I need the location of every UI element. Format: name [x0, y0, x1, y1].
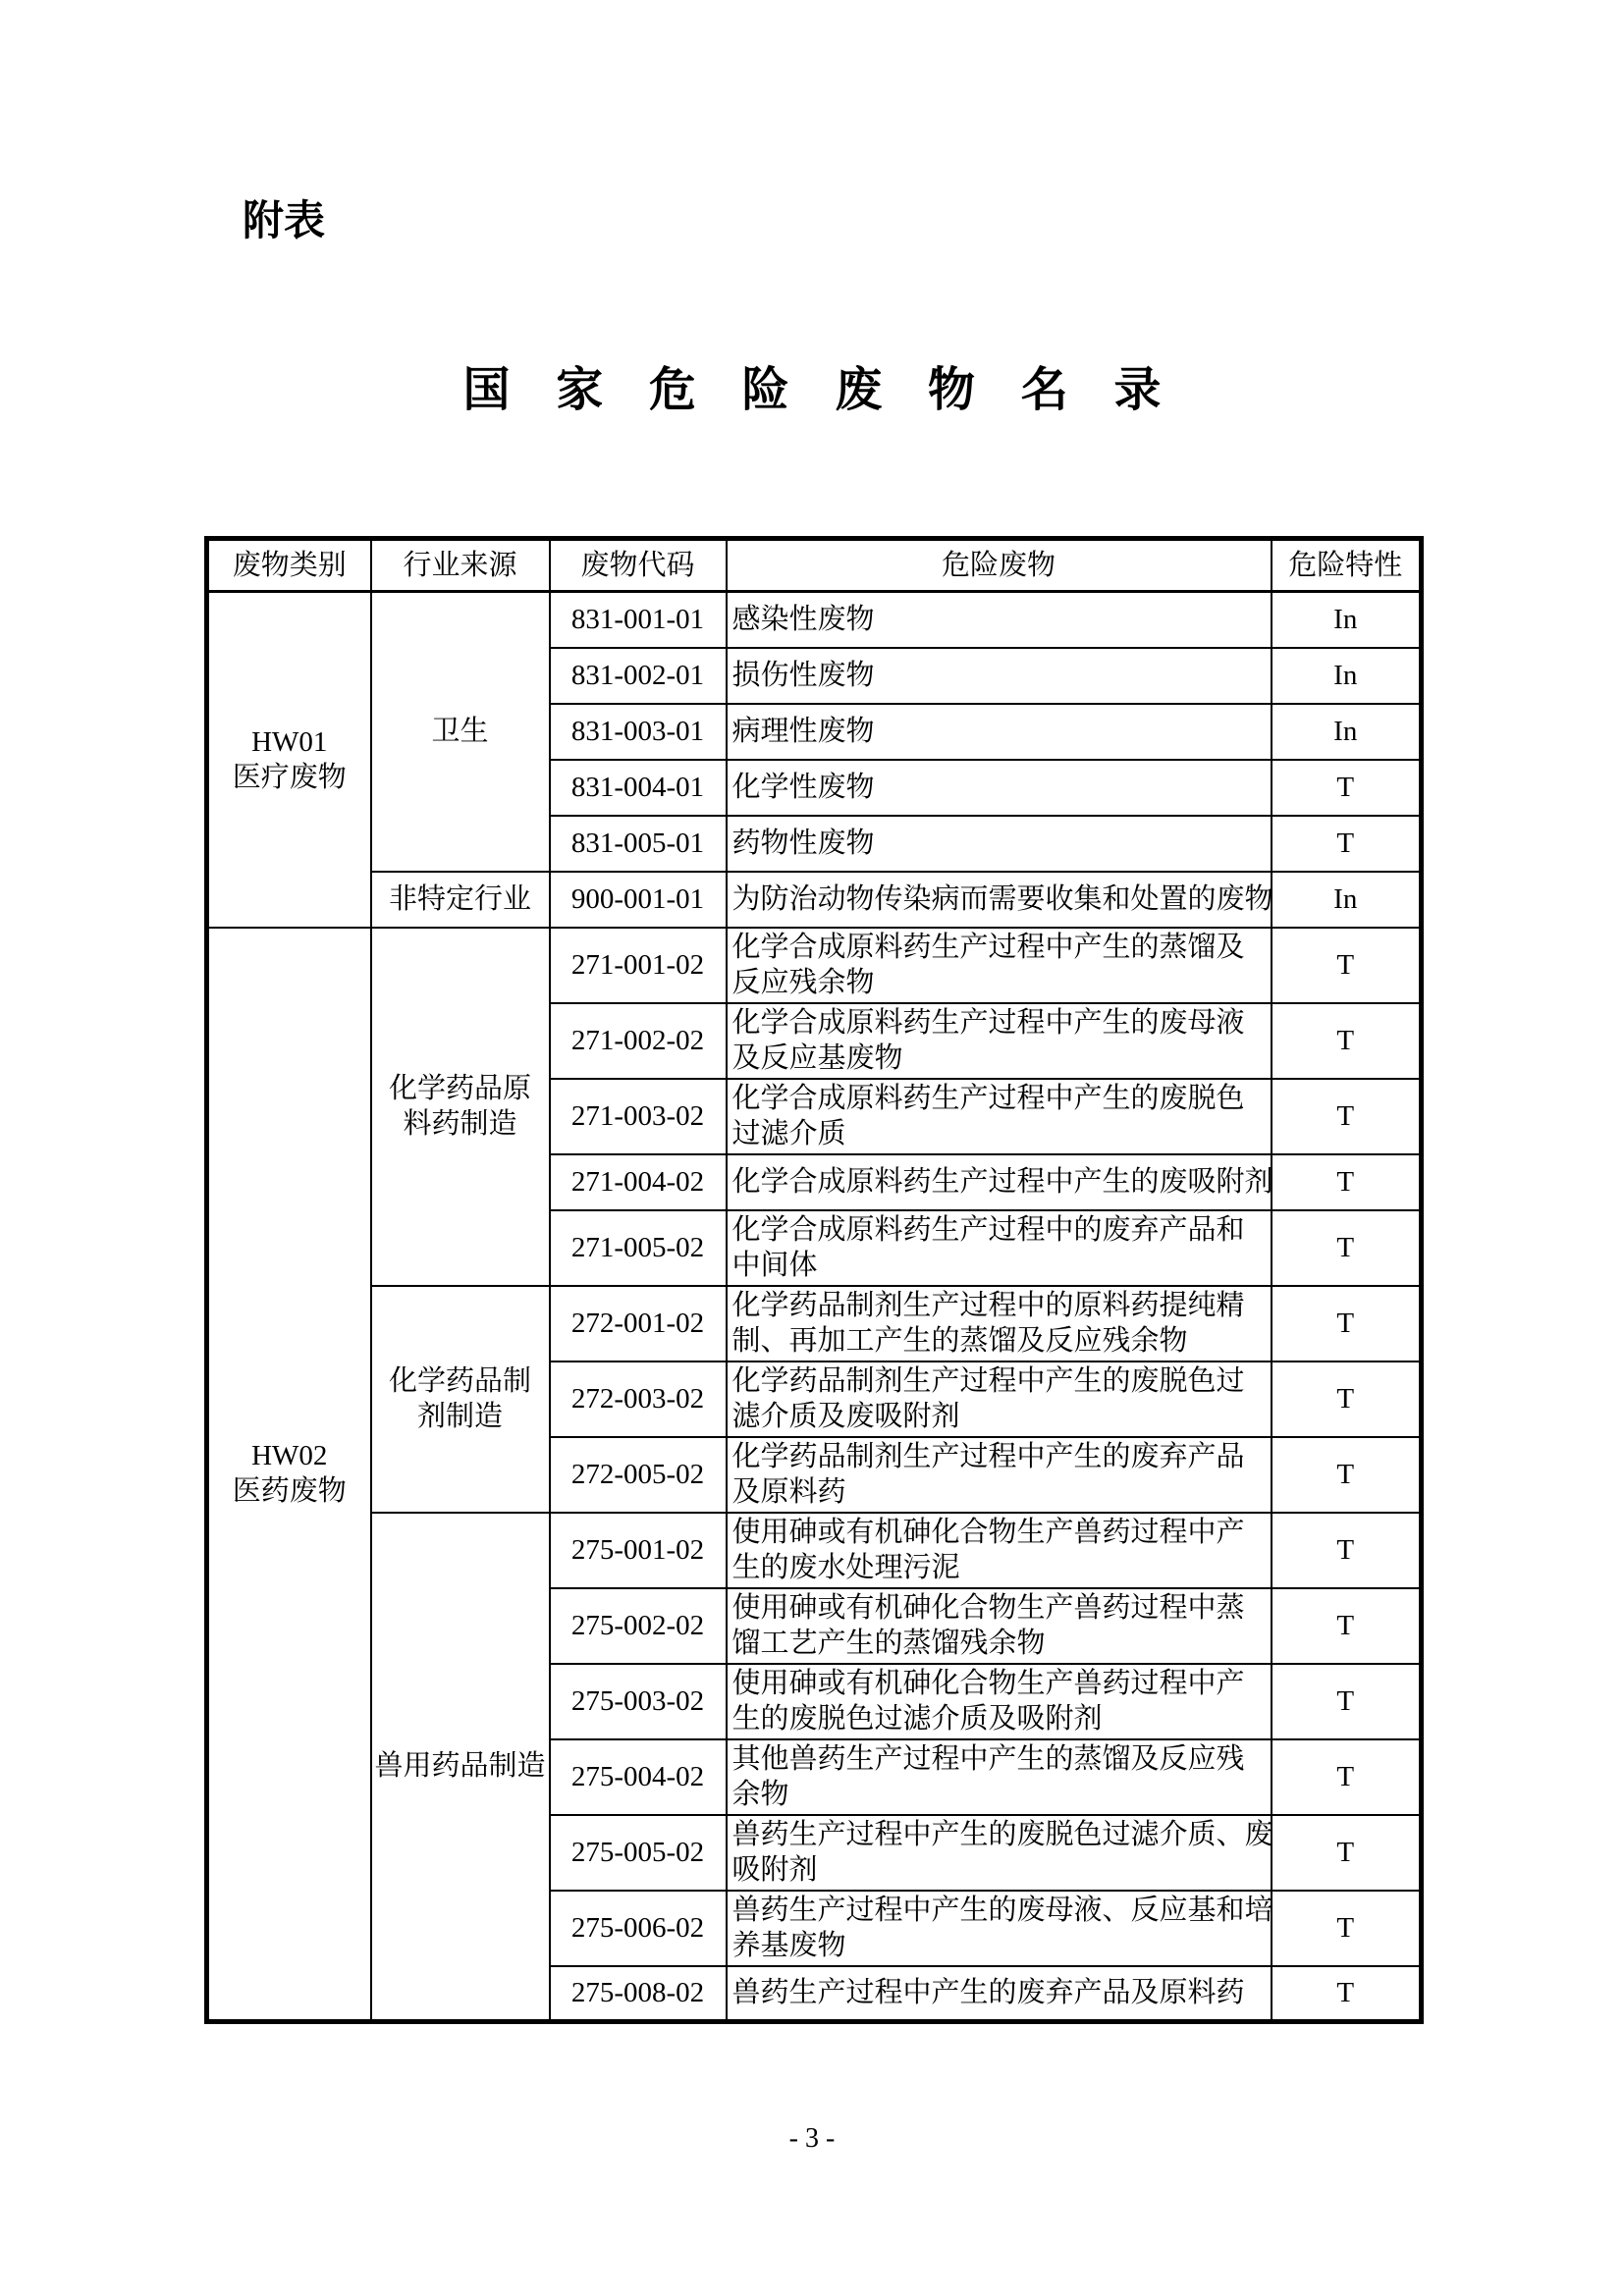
- hazard-trait-cell: T: [1272, 1513, 1422, 1588]
- hazard-trait-cell: In: [1272, 872, 1422, 928]
- hazard-trait-cell: T: [1272, 816, 1422, 872]
- hazard-trait-cell: In: [1272, 592, 1422, 648]
- hazard-trait-cell: T: [1272, 1362, 1422, 1437]
- hazard-trait-cell: T: [1272, 760, 1422, 816]
- industry-source-cell: 兽用药品制造: [371, 1513, 550, 2022]
- waste-name-cell: 化学药品制剂生产过程中产生的废脱色过 滤介质及废吸附剂: [727, 1362, 1272, 1437]
- waste-name-cell: 化学合成原料药生产过程中产生的蒸馏及 反应残余物: [727, 928, 1272, 1003]
- waste-name-cell: 病理性废物: [727, 704, 1272, 760]
- header-hazard-trait: 危险特性: [1272, 539, 1422, 592]
- header-industry-source: 行业来源: [371, 539, 550, 592]
- table-row: 非特定行业900-001-01为防治动物传染病而需要收集和处置的废物In: [207, 872, 1422, 928]
- waste-name-cell: 化学性废物: [727, 760, 1272, 816]
- table-row: 化学药品制 剂制造272-001-02化学药品制剂生产过程中的原料药提纯精 制、…: [207, 1286, 1422, 1362]
- waste-code-cell: 900-001-01: [550, 872, 727, 928]
- waste-category-cell: HW01 医疗废物: [207, 592, 371, 928]
- waste-code-cell: 275-008-02: [550, 1966, 727, 2022]
- hazard-trait-cell: T: [1272, 928, 1422, 1003]
- waste-code-cell: 272-001-02: [550, 1286, 727, 1362]
- waste-code-cell: 275-001-02: [550, 1513, 727, 1588]
- waste-code-cell: 272-005-02: [550, 1437, 727, 1513]
- waste-code-cell: 275-004-02: [550, 1739, 727, 1815]
- hazardous-waste-table: 废物类别 行业来源 废物代码 危险废物 危险特性 HW01 医疗废物卫生831-…: [204, 536, 1424, 2024]
- waste-code-cell: 831-004-01: [550, 760, 727, 816]
- waste-code-cell: 831-005-01: [550, 816, 727, 872]
- waste-table-body: HW01 医疗废物卫生831-001-01感染性废物In831-002-01损伤…: [207, 592, 1422, 2022]
- waste-code-cell: 271-005-02: [550, 1210, 727, 1286]
- hazard-trait-cell: T: [1272, 1154, 1422, 1210]
- hazard-trait-cell: T: [1272, 1437, 1422, 1513]
- table-row: HW01 医疗废物卫生831-001-01感染性废物In: [207, 592, 1422, 648]
- hazard-trait-cell: T: [1272, 1739, 1422, 1815]
- industry-source-cell: 化学药品制 剂制造: [371, 1286, 550, 1513]
- waste-name-cell: 其他兽药生产过程中产生的蒸馏及反应残 余物: [727, 1739, 1272, 1815]
- hazard-trait-cell: T: [1272, 1003, 1422, 1079]
- waste-code-cell: 275-006-02: [550, 1891, 727, 1966]
- waste-code-cell: 275-005-02: [550, 1815, 727, 1891]
- waste-category-cell: HW02 医药废物: [207, 928, 371, 2022]
- waste-name-cell: 损伤性废物: [727, 648, 1272, 704]
- page-title: 国 家 危 险 废 物 名 录: [0, 361, 1624, 418]
- hazard-trait-cell: T: [1272, 1286, 1422, 1362]
- table-row: 兽用药品制造275-001-02使用砷或有机砷化合物生产兽药过程中产 生的废水处…: [207, 1513, 1422, 1588]
- waste-code-cell: 275-002-02: [550, 1588, 727, 1664]
- waste-name-cell: 感染性废物: [727, 592, 1272, 648]
- hazard-trait-cell: T: [1272, 1664, 1422, 1739]
- waste-name-cell: 化学合成原料药生产过程中产生的废脱色 过滤介质: [727, 1079, 1272, 1154]
- header-hazardous-waste: 危险废物: [727, 539, 1272, 592]
- hazard-trait-cell: T: [1272, 1079, 1422, 1154]
- header-waste-category: 废物类别: [207, 539, 371, 592]
- waste-code-cell: 831-003-01: [550, 704, 727, 760]
- waste-code-cell: 271-004-02: [550, 1154, 727, 1210]
- waste-name-cell: 化学药品制剂生产过程中的原料药提纯精 制、再加工产生的蒸馏及反应残余物: [727, 1286, 1272, 1362]
- waste-name-cell: 化学药品制剂生产过程中产生的废弃产品 及原料药: [727, 1437, 1272, 1513]
- waste-code-cell: 271-002-02: [550, 1003, 727, 1079]
- hazard-trait-cell: T: [1272, 1815, 1422, 1891]
- hazard-trait-cell: In: [1272, 648, 1422, 704]
- waste-name-cell: 使用砷或有机砷化合物生产兽药过程中产 生的废水处理污泥: [727, 1513, 1272, 1588]
- annotation-label: 附表: [243, 196, 325, 245]
- waste-name-cell: 化学合成原料药生产过程中产生的废吸附剂: [727, 1154, 1272, 1210]
- industry-source-cell: 卫生: [371, 592, 550, 872]
- document-page: 附表 国 家 危 险 废 物 名 录 废物类别 行业来源 废物代码 危险废物 危…: [0, 0, 1624, 2296]
- header-waste-code: 废物代码: [550, 539, 727, 592]
- waste-name-cell: 使用砷或有机砷化合物生产兽药过程中产 生的废脱色过滤介质及吸附剂: [727, 1664, 1272, 1739]
- waste-code-cell: 271-001-02: [550, 928, 727, 1003]
- waste-code-cell: 272-003-02: [550, 1362, 727, 1437]
- waste-code-cell: 275-003-02: [550, 1664, 727, 1739]
- hazard-trait-cell: T: [1272, 1588, 1422, 1664]
- waste-name-cell: 药物性废物: [727, 816, 1272, 872]
- hazard-trait-cell: T: [1272, 1210, 1422, 1286]
- waste-code-cell: 271-003-02: [550, 1079, 727, 1154]
- waste-name-cell: 为防治动物传染病而需要收集和处置的废物: [727, 872, 1272, 928]
- waste-name-cell: 化学合成原料药生产过程中的废弃产品和 中间体: [727, 1210, 1272, 1286]
- waste-code-cell: 831-001-01: [550, 592, 727, 648]
- waste-code-cell: 831-002-01: [550, 648, 727, 704]
- hazard-trait-cell: T: [1272, 1891, 1422, 1966]
- waste-name-cell: 使用砷或有机砷化合物生产兽药过程中蒸 馏工艺产生的蒸馏残余物: [727, 1588, 1272, 1664]
- waste-name-cell: 兽药生产过程中产生的废母液、反应基和培 养基废物: [727, 1891, 1272, 1966]
- hazard-trait-cell: T: [1272, 1966, 1422, 2022]
- table-row: HW02 医药废物化学药品原 料药制造271-001-02化学合成原料药生产过程…: [207, 928, 1422, 1003]
- page-number: - 3 -: [0, 2122, 1624, 2156]
- industry-source-cell: 化学药品原 料药制造: [371, 928, 550, 1286]
- waste-name-cell: 兽药生产过程中产生的废弃产品及原料药: [727, 1966, 1272, 2022]
- waste-name-cell: 化学合成原料药生产过程中产生的废母液 及反应基废物: [727, 1003, 1272, 1079]
- industry-source-cell: 非特定行业: [371, 872, 550, 928]
- waste-name-cell: 兽药生产过程中产生的废脱色过滤介质、废 吸附剂: [727, 1815, 1272, 1891]
- table-header-row: 废物类别 行业来源 废物代码 危险废物 危险特性: [207, 539, 1422, 592]
- hazard-trait-cell: In: [1272, 704, 1422, 760]
